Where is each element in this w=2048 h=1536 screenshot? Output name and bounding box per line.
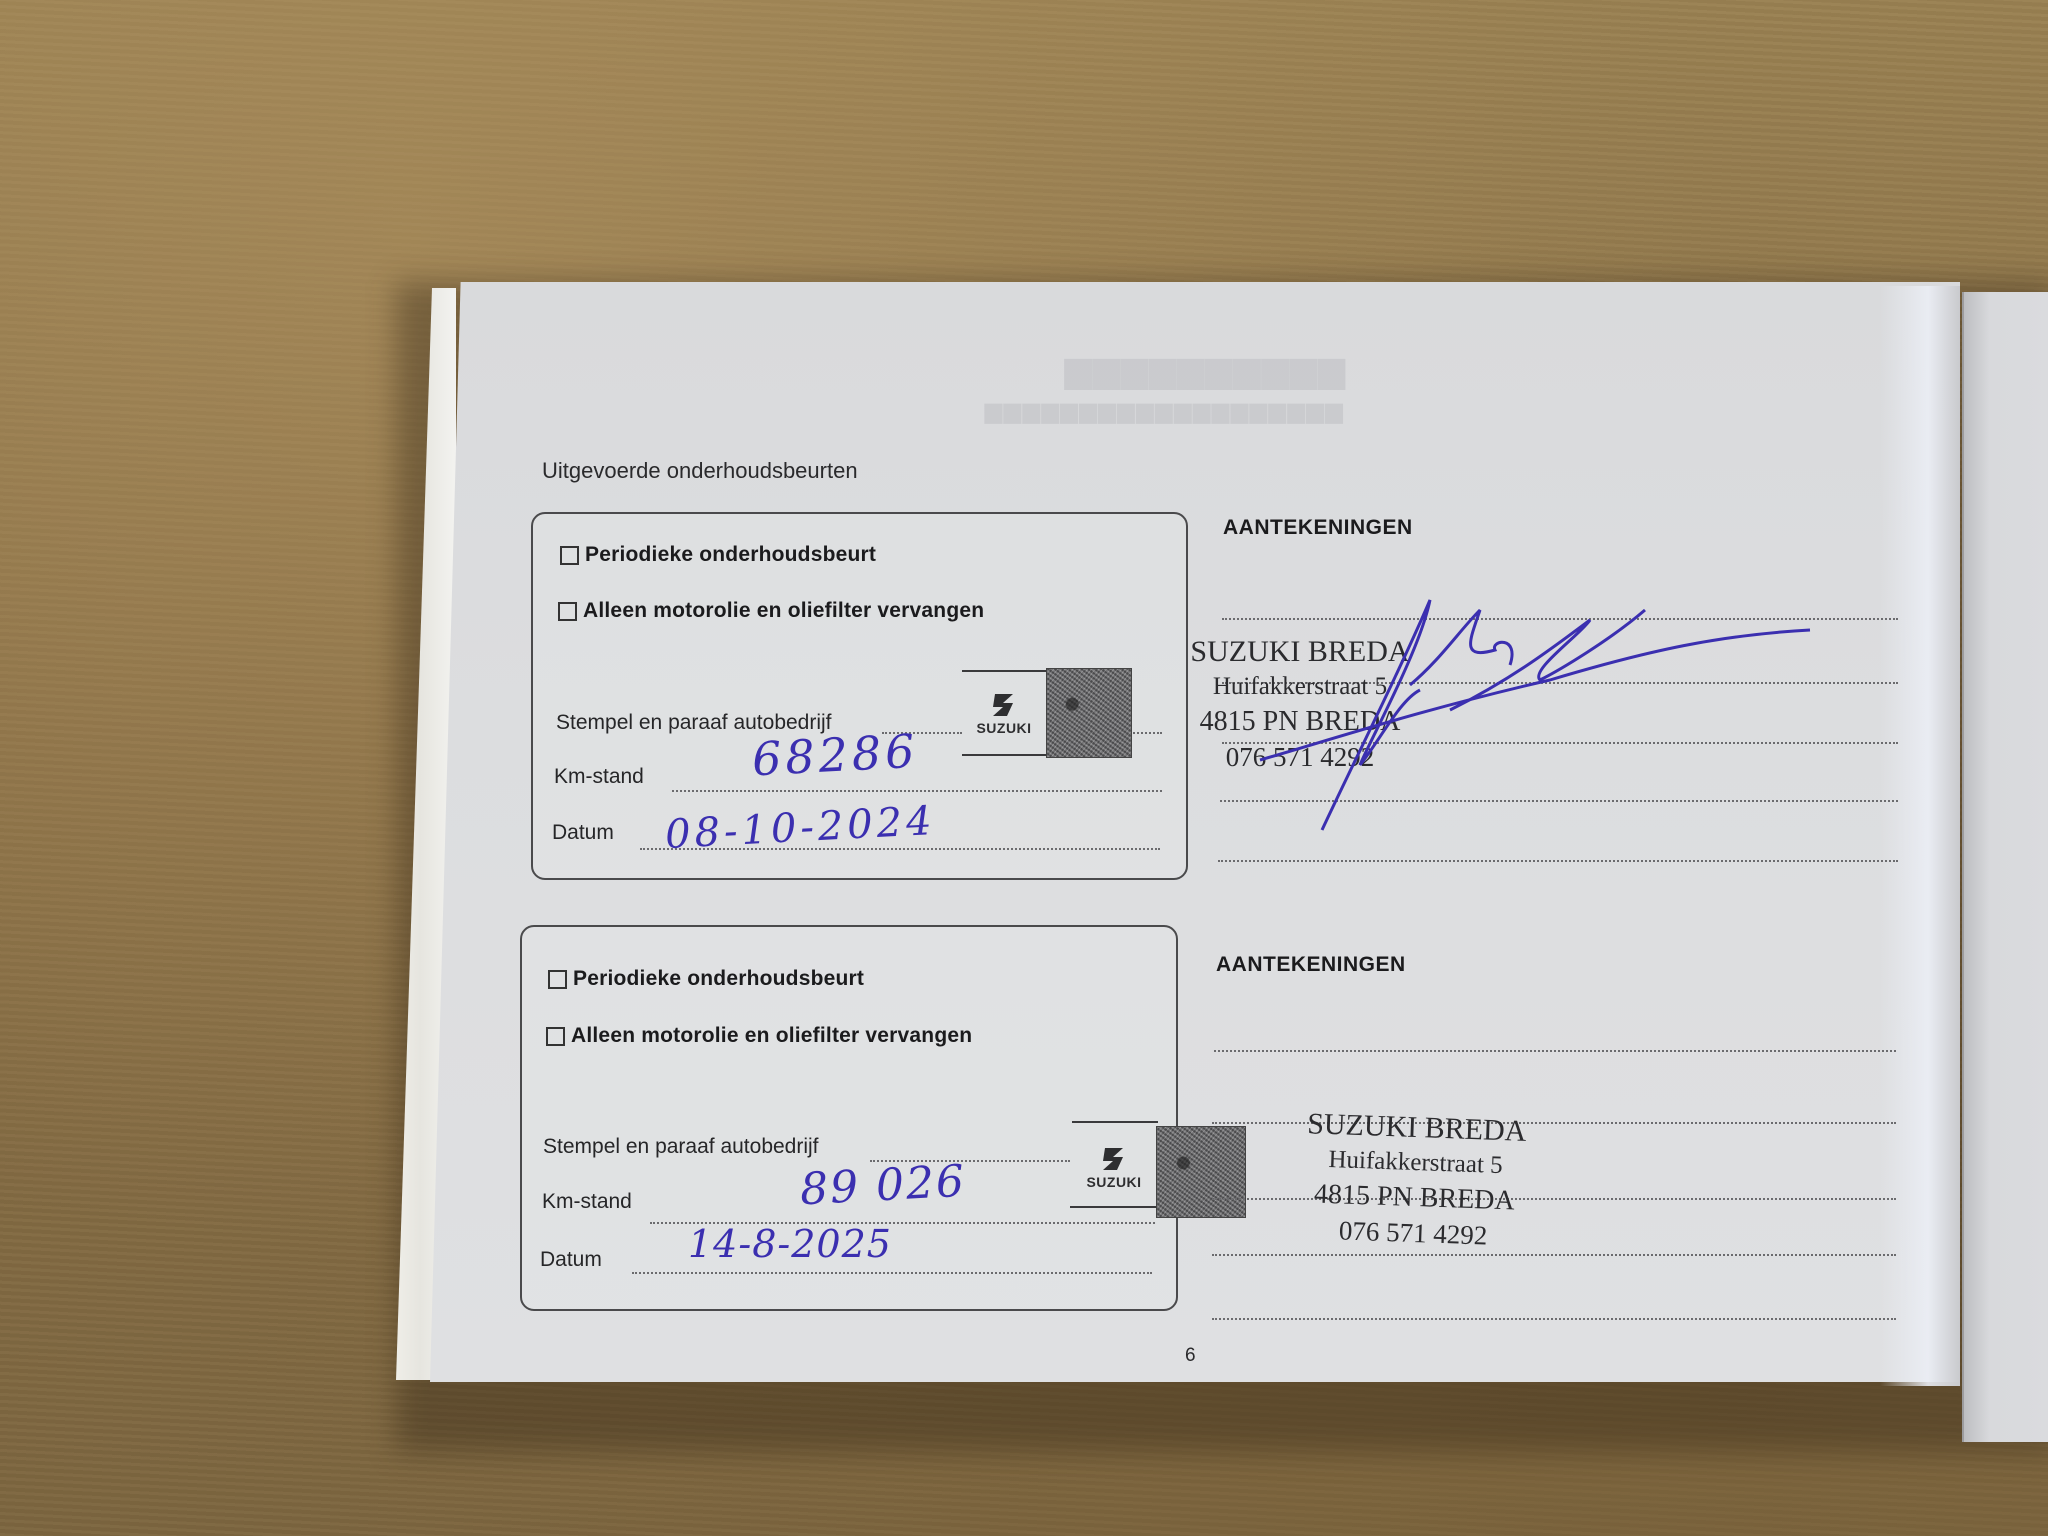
option-oil-change-2[interactable]: Alleen motorolie en oliefilter vervangen <box>546 1024 972 1048</box>
facing-page-edge <box>1962 292 2048 1442</box>
option-label: Periodieke onderhoudsbeurt <box>573 967 864 991</box>
notes-line <box>1212 1254 1896 1256</box>
checkbox[interactable] <box>548 970 567 989</box>
suzuki-s-icon <box>1099 1144 1129 1174</box>
date-line-2 <box>632 1272 1152 1274</box>
stamp-rule-bottom-1 <box>962 754 1048 756</box>
suzuki-s-icon <box>989 690 1019 720</box>
notes-line <box>1214 1050 1896 1052</box>
option-periodic-service-2[interactable]: Periodieke onderhoudsbeurt <box>548 967 864 991</box>
suzuki-logo-2: SUZUKI <box>1078 1144 1150 1190</box>
option-oil-change-1[interactable]: Alleen motorolie en oliefilter vervangen <box>558 599 984 623</box>
km-label-1: Km-stand <box>554 765 644 789</box>
km-line-1 <box>672 790 1162 792</box>
show-through-text: ▆▆▆▆▆▆▆▆▆▆▆▆▆▆▆▆▆▆▆ <box>985 398 1344 424</box>
km-label-2: Km-stand <box>542 1190 632 1214</box>
stamp-line-1b <box>1130 732 1162 734</box>
dealer-stamp-2: SUZUKI BREDA Huifakkerstraat 5 4815 PN B… <box>1288 1104 1543 1256</box>
signature-1 <box>1250 590 1830 850</box>
notes-title-2: AANTEKENINGEN <box>1216 953 1406 977</box>
date-label-1: Datum <box>552 821 614 845</box>
stamp-rule-bottom-2 <box>1070 1206 1158 1208</box>
notes-line <box>1212 1318 1896 1320</box>
stamp-ink-square-1 <box>1046 668 1132 758</box>
notes-line <box>1218 860 1898 862</box>
checkbox[interactable] <box>558 602 577 621</box>
stamp-rule-top-2 <box>1072 1121 1158 1123</box>
date-value-2[interactable]: 14-8-2025 <box>688 1222 892 1266</box>
km-value-1[interactable]: 68286 <box>751 724 920 787</box>
checkbox[interactable] <box>546 1027 565 1046</box>
km-value-2[interactable]: 89 026 <box>799 1156 967 1216</box>
stamp-label-2: Stempel en paraaf autobedrijf <box>543 1135 819 1159</box>
date-label-2: Datum <box>540 1248 602 1272</box>
page-number: 6 <box>1185 1345 1196 1367</box>
option-periodic-service-1[interactable]: Periodieke onderhoudsbeurt <box>560 543 876 567</box>
option-label: Alleen motorolie en oliefilter vervangen <box>571 1024 972 1048</box>
option-label: Periodieke onderhoudsbeurt <box>585 543 876 567</box>
section-title: Uitgevoerde onderhoudsbeurten <box>542 458 858 484</box>
option-label: Alleen motorolie en oliefilter vervangen <box>583 599 984 623</box>
notes-title-1: AANTEKENINGEN <box>1223 516 1413 540</box>
checkbox[interactable] <box>560 546 579 565</box>
suzuki-logo-1: SUZUKI <box>968 690 1040 736</box>
show-through-text: ▆▆▆▆▆▆▆▆▆▆ <box>1065 350 1346 390</box>
stamp-ink-square-2 <box>1156 1126 1246 1218</box>
page-curl <box>1880 286 1960 1386</box>
stamp-rule-top-1 <box>962 670 1048 672</box>
